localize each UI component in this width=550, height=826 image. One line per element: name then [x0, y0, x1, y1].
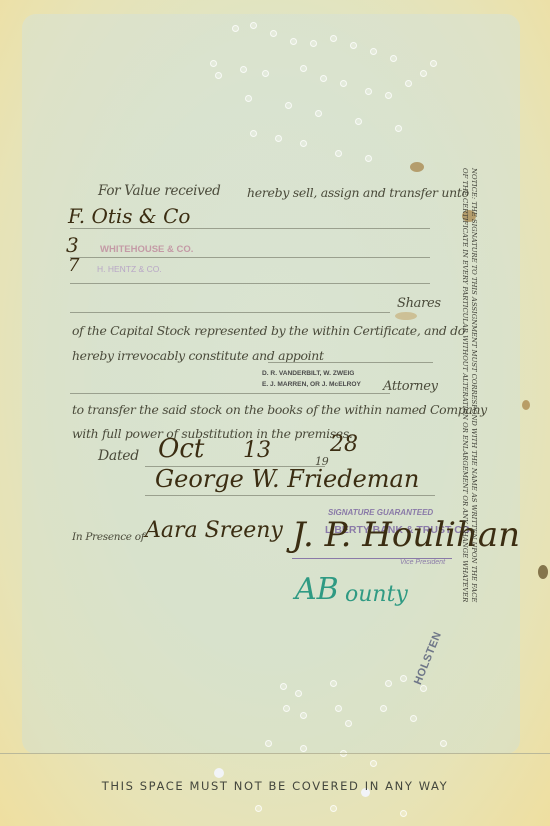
signature-line: [145, 495, 435, 496]
hereby-irrevocably-text: hereby irrevocably constitute and appoin…: [72, 348, 324, 363]
stain: [522, 400, 530, 410]
assignee-handwritten: F. Otis & Co: [68, 204, 190, 228]
attorney-stamp-line-1: D. R. VANDERBILT, W. ZWEIG: [262, 370, 354, 377]
line-2: [70, 257, 430, 258]
date-day: 13: [243, 438, 271, 463]
in-presence-of-text: In Presence of: [72, 531, 144, 543]
green-ink-signature: AB: [295, 572, 339, 607]
date-month: Oct: [158, 434, 204, 464]
appoint-line: [268, 362, 433, 363]
line-3: [70, 283, 430, 284]
to-transfer-text: to transfer the said stock on the books …: [72, 402, 487, 417]
shares-text: Shares: [397, 296, 441, 311]
substitution-text: with full power of substitution in the p…: [72, 426, 353, 441]
hentz-stamp: H. HENTZ & CO.: [97, 264, 162, 274]
stain: [410, 162, 424, 172]
stain: [538, 565, 548, 579]
margin-mark-3: 3: [66, 233, 79, 257]
punch-hole: [214, 768, 224, 778]
attorney-text: Attorney: [383, 379, 438, 394]
certificate-back: For Value received hereby sell, assign a…: [0, 0, 550, 826]
capital-stock-text: of the Capital Stock represented by the …: [72, 323, 465, 338]
fold-line: [0, 753, 550, 754]
attorney-line: [70, 393, 390, 394]
margin-mark-7: 7: [68, 255, 79, 276]
witness-signature: Aara Sreeny: [145, 518, 283, 543]
dated-text: Dated: [98, 448, 139, 464]
shares-line: [70, 312, 390, 313]
green-ink-signature-tail: ounty: [345, 582, 408, 607]
vertical-notice-line-2: OF THE CERTIFICATE IN EVERY PARTICULAR W…: [460, 168, 469, 568]
whitehouse-stamp: WHITEHOUSE & CO.: [100, 244, 193, 255]
vertical-notice: NOTICE: THE SIGNATURE TO THIS ASSIGNMENT…: [452, 168, 478, 568]
for-value-received-text: For Value received: [98, 183, 221, 199]
bottom-notice: THIS SPACE MUST NOT BE COVERED IN ANY WA…: [0, 779, 550, 793]
attorney-stamp-line-2: E. J. MARREN, OR J. McELROY: [262, 381, 361, 388]
stain: [395, 312, 417, 320]
hereby-sell-text: hereby sell, assign and transfer unto: [247, 185, 469, 200]
assignee-line: [70, 228, 430, 229]
date-year: 28: [330, 432, 358, 457]
signatory-signature: George W. Friedeman: [155, 465, 419, 493]
vice-president-stamp: Vice President: [400, 559, 445, 566]
guarantor-signature: J. P. Houlihan: [292, 515, 520, 555]
vertical-notice-line-1: NOTICE: THE SIGNATURE TO THIS ASSIGNMENT…: [469, 168, 478, 568]
